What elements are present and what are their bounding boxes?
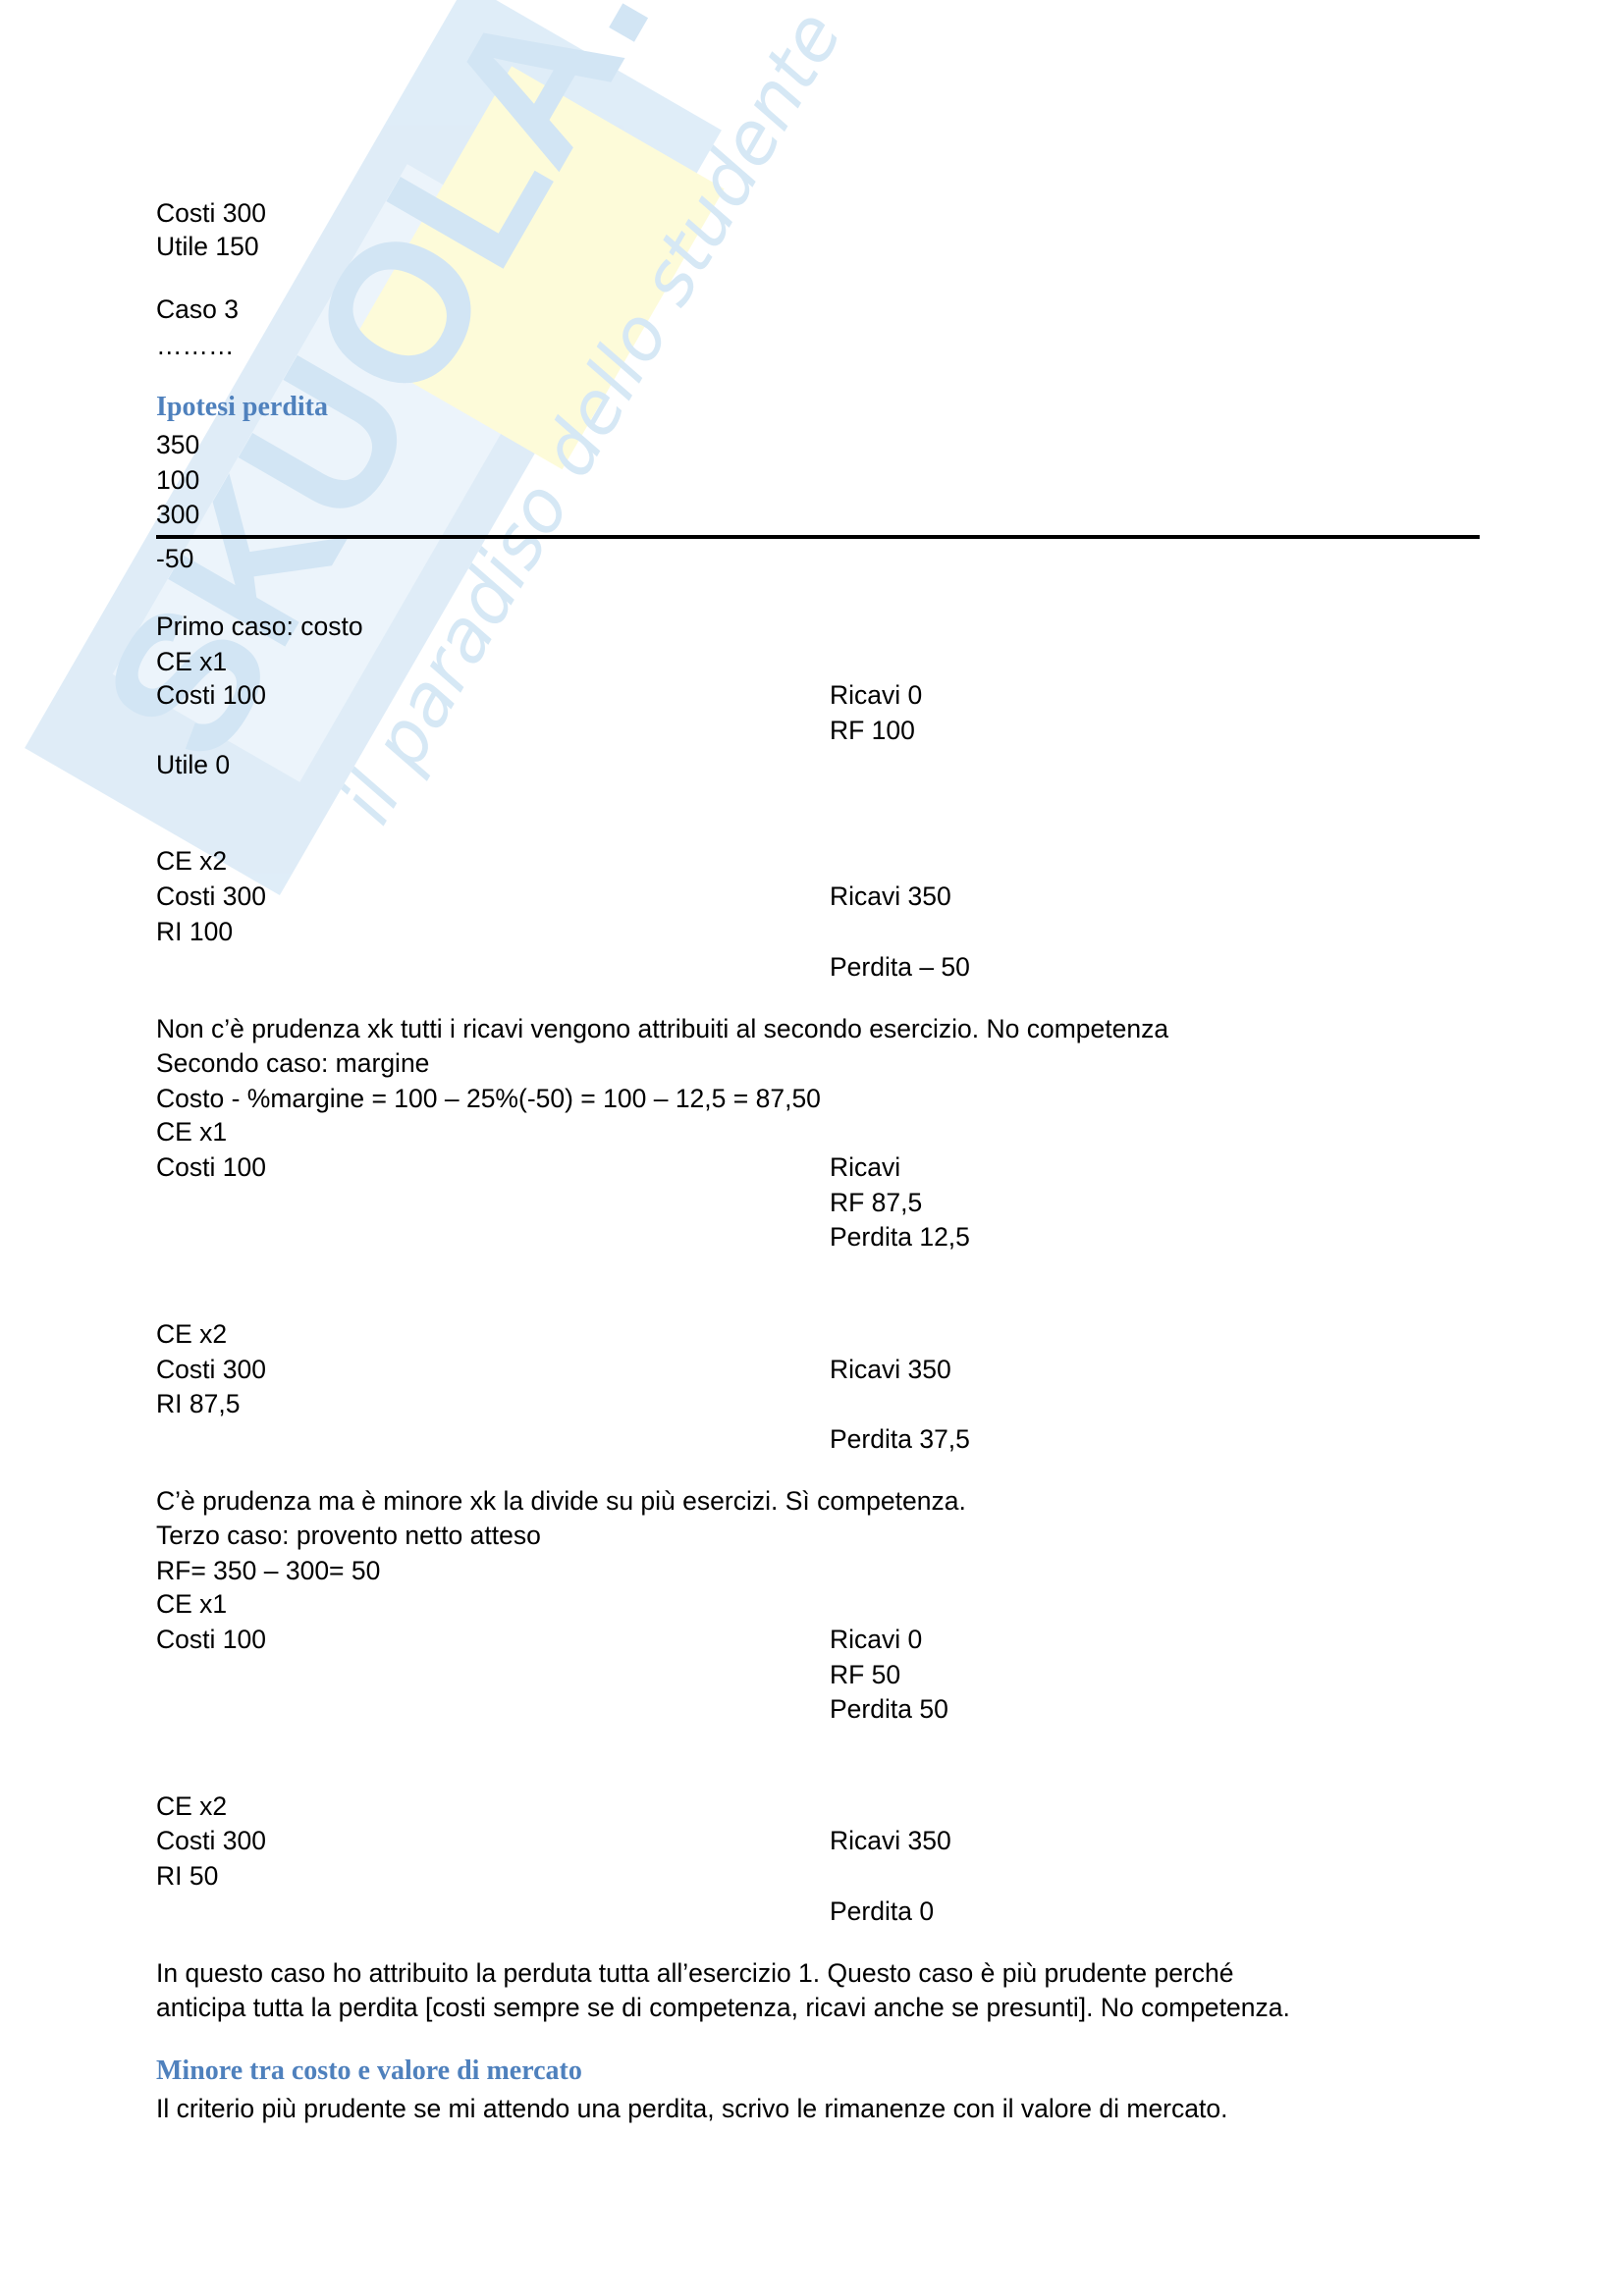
- terzo-caso-title: Terzo caso: provento netto atteso: [156, 1519, 541, 1553]
- secondo-x1-costi: Costi 100: [156, 1150, 266, 1185]
- primo-ce-x2-label: CE x2: [156, 844, 227, 879]
- secondo-x1-rf: RF 87,5: [830, 1186, 922, 1220]
- secondo-x2-ricavi: Ricavi 350: [830, 1353, 951, 1387]
- sum-rule: [156, 535, 1480, 539]
- value-100: 100: [156, 463, 199, 498]
- secondo-x2-perdita: Perdita 37,5: [830, 1422, 970, 1457]
- terzo-caso-note-line-1: In questo caso ho attribuito la perduta …: [156, 1956, 1234, 1991]
- primo-x1-rf: RF 100: [830, 714, 915, 748]
- primo-x2-costi: Costi 300: [156, 880, 266, 914]
- primo-caso-note: Non c’è prudenza xk tutti i ricavi vengo…: [156, 1012, 1168, 1046]
- primo-ce-x1-label: CE x1: [156, 645, 227, 679]
- terzo-x1-rf: RF 50: [830, 1658, 900, 1692]
- primo-x2-ri: RI 100: [156, 915, 233, 949]
- value-result: -50: [156, 542, 193, 576]
- line-costi-300: Costi 300: [156, 196, 266, 231]
- secondo-x2-costi: Costi 300: [156, 1353, 266, 1387]
- terzo-caso-formula: RF= 350 – 300= 50: [156, 1554, 380, 1588]
- document-page: SKUOLA.net il paradiso dello studente Co…: [0, 0, 1623, 2296]
- primo-caso-title: Primo caso: costo: [156, 610, 363, 644]
- skuola-watermark: SKUOLA.net il paradiso dello studente: [0, 0, 1623, 2296]
- minore-text: Il criterio più prudente se mi attendo u…: [156, 2092, 1227, 2126]
- line-ellipsis: ………: [156, 329, 235, 363]
- secondo-x1-ricavi: Ricavi: [830, 1150, 900, 1185]
- value-350: 350: [156, 428, 199, 462]
- secondo-ce-x2-label: CE x2: [156, 1317, 227, 1352]
- secondo-caso-formula: Costo - %margine = 100 – 25%(-50) = 100 …: [156, 1082, 821, 1116]
- value-300: 300: [156, 498, 199, 532]
- line-utile-150: Utile 150: [156, 230, 259, 264]
- terzo-caso-note-line-2: anticipa tutta la perdita [costi sempre …: [156, 1991, 1290, 2025]
- heading-minore-costo-mercato: Minore tra costo e valore di mercato: [156, 2054, 582, 2088]
- terzo-x2-ri: RI 50: [156, 1859, 218, 1894]
- terzo-x2-costi: Costi 300: [156, 1824, 266, 1858]
- terzo-ce-x2-label: CE x2: [156, 1789, 227, 1824]
- terzo-x1-costi: Costi 100: [156, 1623, 266, 1657]
- terzo-x2-perdita: Perdita 0: [830, 1895, 934, 1929]
- terzo-x1-ricavi: Ricavi 0: [830, 1623, 922, 1657]
- terzo-x1-perdita: Perdita 50: [830, 1692, 948, 1727]
- heading-ipotesi-perdita: Ipotesi perdita: [156, 390, 328, 424]
- primo-x1-costi: Costi 100: [156, 678, 266, 713]
- secondo-caso-note: C’è prudenza ma è minore xk la divide su…: [156, 1484, 966, 1519]
- secondo-x2-ri: RI 87,5: [156, 1387, 240, 1421]
- line-caso-3: Caso 3: [156, 293, 239, 327]
- terzo-x2-ricavi: Ricavi 350: [830, 1824, 951, 1858]
- secondo-caso-title: Secondo caso: margine: [156, 1046, 429, 1081]
- primo-x2-ricavi: Ricavi 350: [830, 880, 951, 914]
- terzo-ce-x1-label: CE x1: [156, 1587, 227, 1622]
- secondo-x1-perdita: Perdita 12,5: [830, 1220, 970, 1255]
- watermark-tagline: il paradiso dello studente: [324, 0, 858, 837]
- primo-x1-utile: Utile 0: [156, 748, 230, 782]
- primo-x2-perdita: Perdita – 50: [830, 950, 970, 985]
- secondo-ce-x1-label: CE x1: [156, 1115, 227, 1149]
- primo-x1-ricavi: Ricavi 0: [830, 678, 922, 713]
